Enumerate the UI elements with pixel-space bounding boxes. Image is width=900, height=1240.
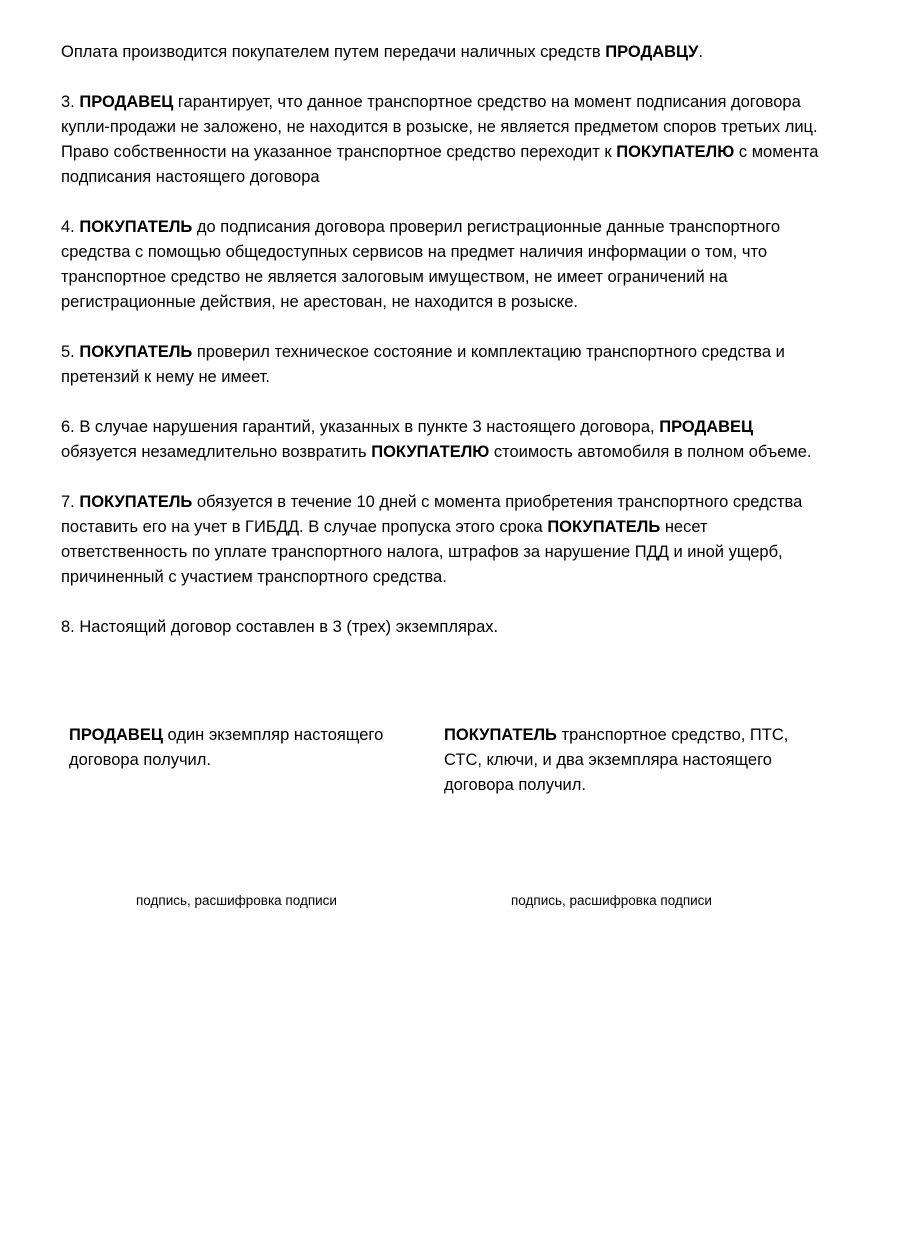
clause-text: стоимость автомобиля в полном объеме. xyxy=(489,443,811,461)
buyer-label: ПОКУПАТЕЛЬ xyxy=(444,726,557,744)
party-term: ПОКУПАТЕЛЮ xyxy=(371,443,489,461)
paragraph-gap xyxy=(61,65,831,90)
paragraph-gap xyxy=(61,590,831,615)
paragraph-gap xyxy=(61,465,831,490)
paragraph-gap xyxy=(61,315,831,340)
party-term: ПРОДАВЕЦ xyxy=(79,93,173,111)
clause-text: 8. Настоящий договор составлен в 3 (трех… xyxy=(61,618,498,636)
clause-5: 5. ПОКУПАТЕЛЬ проверил техническое состо… xyxy=(61,340,831,390)
seller-receipt: ПРОДАВЕЦ один экземпляр настоящего догов… xyxy=(61,723,436,798)
clause-7: 7. ПОКУПАТЕЛЬ обязуется в течение 10 дне… xyxy=(61,490,831,590)
clause-text: 3. xyxy=(61,93,79,111)
buyer-receipt: ПОКУПАТЕЛЬ транспортное средство, ПТС, С… xyxy=(436,723,811,798)
clause-text: 4. xyxy=(61,218,79,236)
payment-text: Оплата производится покупателем путем пе… xyxy=(61,43,605,61)
party-term: ПРОДАВЕЦ xyxy=(659,418,753,436)
seller-label: ПРОДАВЕЦ xyxy=(69,726,163,744)
seller-term: ПРОДАВЦУ xyxy=(605,43,698,61)
payment-tail: . xyxy=(698,43,703,61)
paragraph-gap xyxy=(61,390,831,415)
clause-text: 5. xyxy=(61,343,79,361)
clause-text: обязуется незамедлительно возвратить xyxy=(61,443,371,461)
party-term: ПОКУПАТЕЛЬ xyxy=(79,218,192,236)
paragraph-gap xyxy=(61,190,831,215)
clause-4: 4. ПОКУПАТЕЛЬ до подписания договора про… xyxy=(61,215,831,315)
seller-signature-caption: подпись, расшифровка подписи xyxy=(136,892,337,910)
party-term: ПОКУПАТЕЛЬ xyxy=(79,343,192,361)
payment-paragraph: Оплата производится покупателем путем пе… xyxy=(61,40,831,65)
clause-text: 7. xyxy=(61,493,79,511)
contract-page: Оплата производится покупателем путем пе… xyxy=(61,40,831,640)
clause-8: 8. Настоящий договор составлен в 3 (трех… xyxy=(61,615,831,640)
clause-3: 3. ПРОДАВЕЦ гарантирует, что данное тран… xyxy=(61,90,831,190)
party-term: ПОКУПАТЕЛЮ xyxy=(616,143,734,161)
clauses-list: 3. ПРОДАВЕЦ гарантирует, что данное тран… xyxy=(61,65,831,640)
clause-text: 6. В случае нарушения гарантий, указанны… xyxy=(61,418,659,436)
signature-block: ПРОДАВЕЦ один экземпляр настоящего догов… xyxy=(61,723,821,798)
clause-6: 6. В случае нарушения гарантий, указанны… xyxy=(61,415,831,465)
party-term: ПОКУПАТЕЛЬ xyxy=(547,518,660,536)
party-term: ПОКУПАТЕЛЬ xyxy=(79,493,192,511)
buyer-signature-caption: подпись, расшифровка подписи xyxy=(511,892,712,910)
